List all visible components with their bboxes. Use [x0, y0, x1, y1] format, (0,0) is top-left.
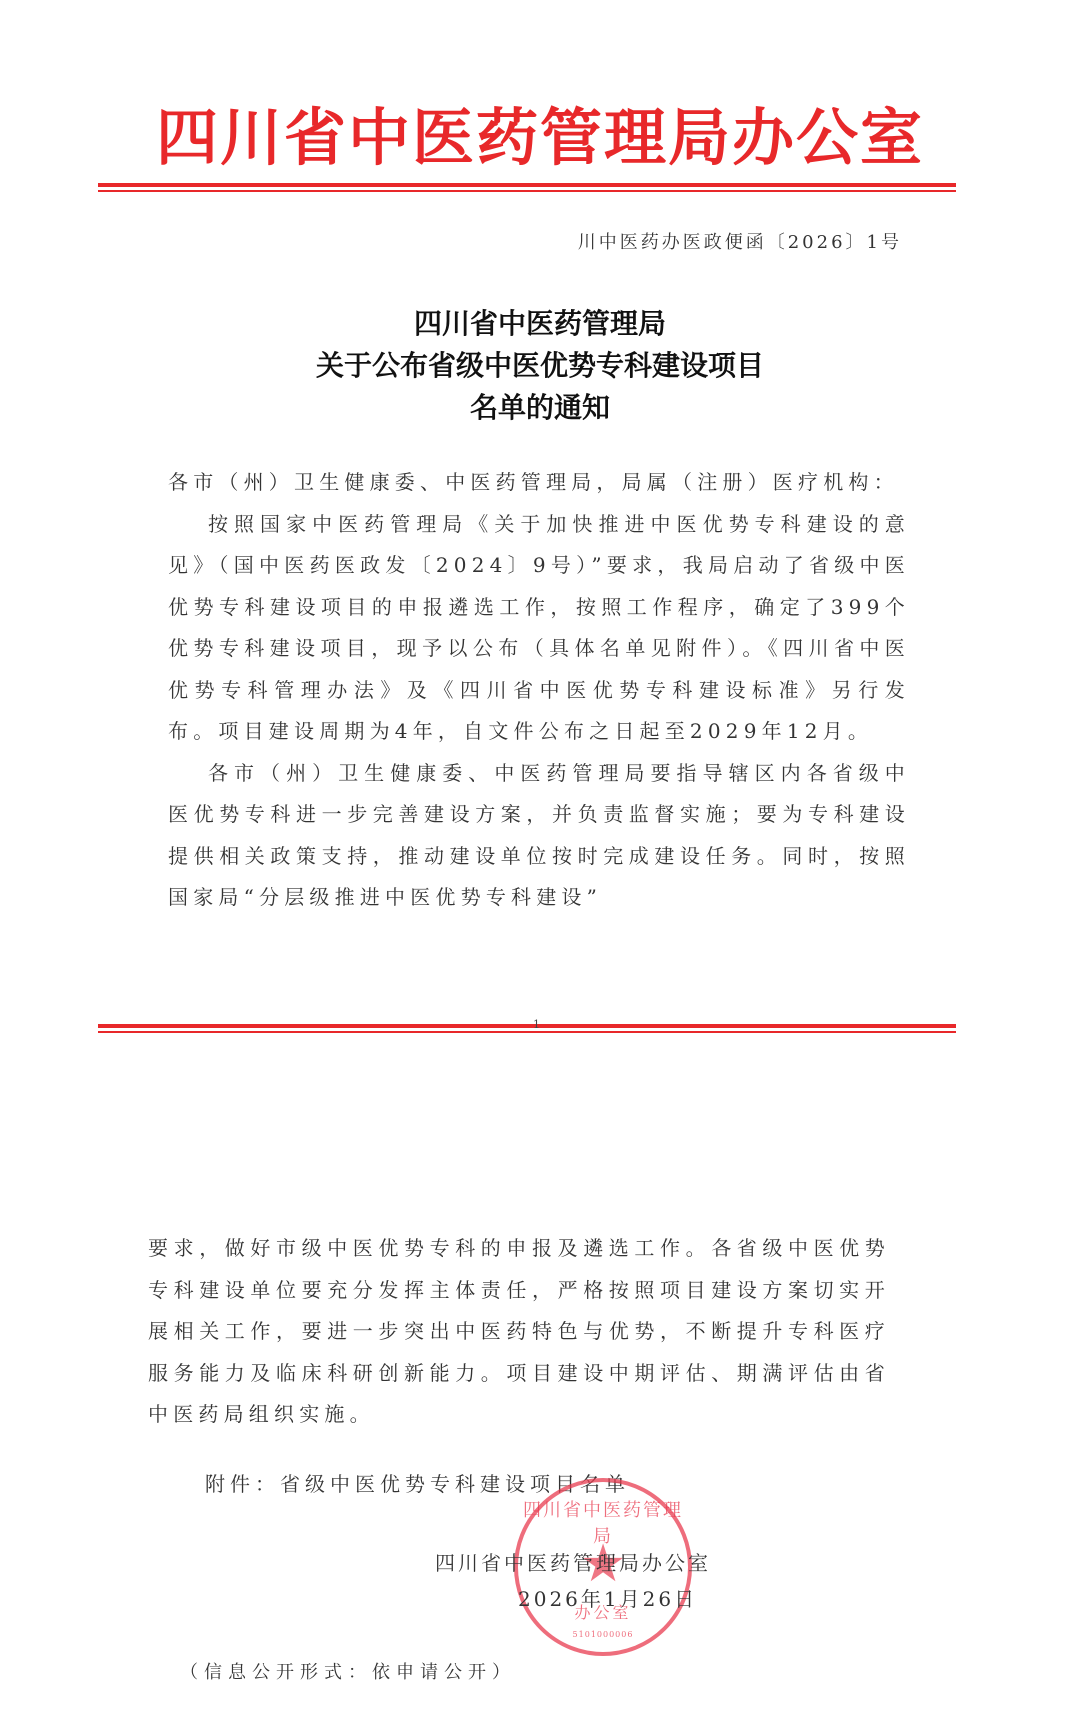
paragraph-1: 按照国家中医药管理局《关于加快推进中医优势专科建设的意见》（国中医药医政发〔20…: [168, 504, 910, 753]
document-title: 四川省中医药管理局 关于公布省级中医优势专科建设项目 名单的通知: [0, 303, 1080, 429]
letterhead-red-rule: [98, 183, 956, 187]
disclosure-note: （信息公开形式：依申请公开）: [180, 1658, 516, 1684]
signature-org: 四川省中医药管理局办公室: [435, 1547, 711, 1576]
page-number: 1: [533, 1018, 540, 1031]
page-bottom-red-rule-thin: [98, 1031, 956, 1033]
page-bottom-red-rule: [98, 1024, 956, 1028]
letterhead-red-rule-thin: [98, 190, 956, 192]
attachment-line: 附件：省级中医优势专科建设项目名单: [205, 1468, 630, 1497]
salutation: 各市（州）卫生健康委、中医药管理局，局属（注册）医疗机构：: [168, 462, 910, 504]
signature-date: 2026年1月26日: [518, 1583, 697, 1612]
body-page-2: 要求，做好市级中医优势专科的申报及遴选工作。各省级中医优势专科建设单位要充分发挥…: [148, 1208, 890, 1456]
document-page: 四川省中医药管理局办公室 川中医药办医政便函〔2026〕1号 四川省中医药管理局…: [0, 0, 1080, 1716]
seal-code: 5101000006: [518, 1630, 688, 1639]
body-page-1: 各市（州）卫生健康委、中医药管理局，局属（注册）医疗机构： 按照国家中医药管理局…: [168, 462, 910, 919]
letterhead-org-name: 四川省中医药管理局办公室: [0, 98, 1080, 178]
paragraph-2: 各市（州）卫生健康委、中医药管理局要指导辖区内各省级中医优势专科进一步完善建设方…: [168, 753, 910, 919]
title-line-3: 名单的通知: [0, 387, 1080, 429]
document-number: 川中医药办医政便函〔2026〕1号: [578, 228, 902, 254]
seal-top-text: 四川省中医药管理局: [518, 1496, 688, 1548]
title-line-1: 四川省中医药管理局: [0, 303, 1080, 345]
paragraph-continued: 要求，做好市级中医优势专科的申报及遴选工作。各省级中医优势专科建设单位要充分发挥…: [148, 1228, 890, 1436]
title-line-2: 关于公布省级中医优势专科建设项目: [0, 345, 1080, 387]
